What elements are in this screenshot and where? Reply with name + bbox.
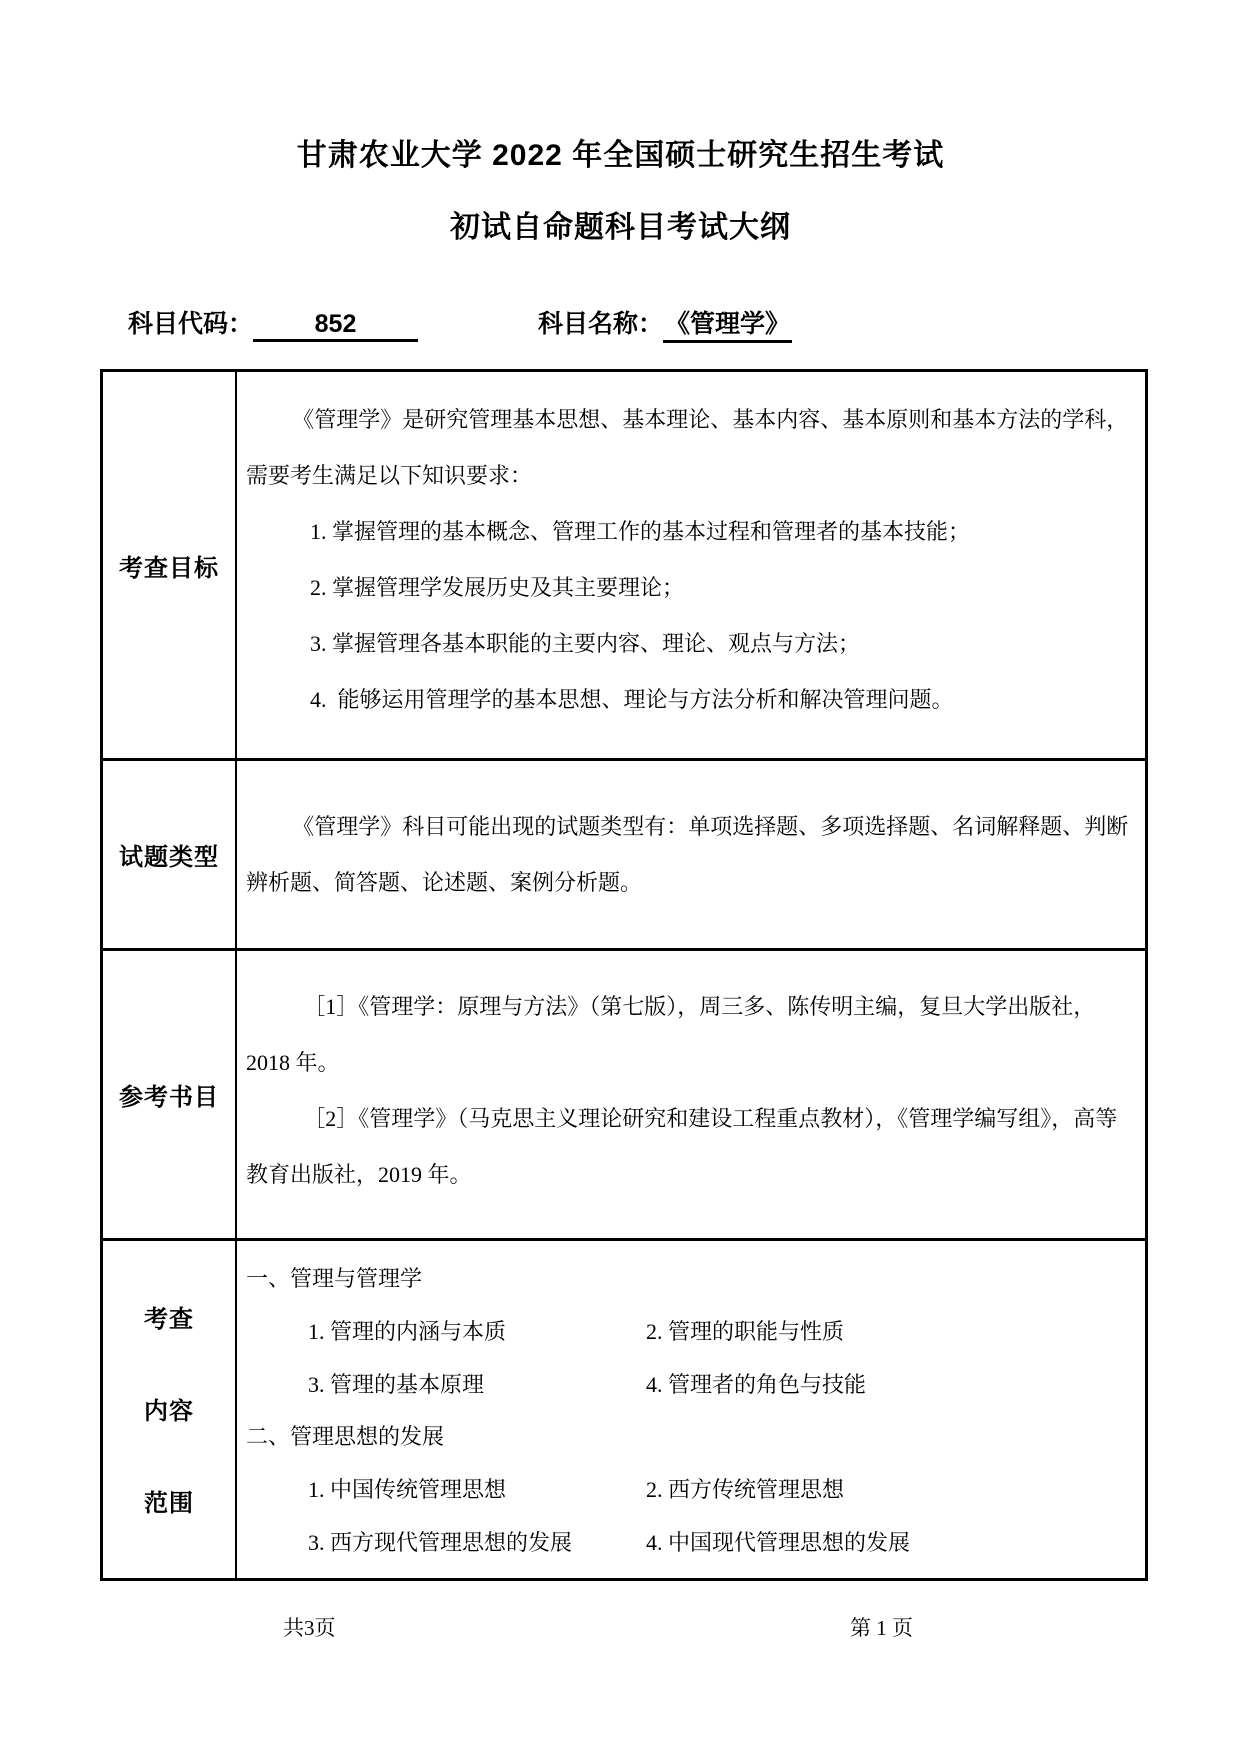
objective-item-3: 3. 掌握管理各基本职能的主要内容、理论、观点与方法；: [246, 616, 1131, 672]
document-page: 甘肃农业大学 2022 年全国硕士研究生招生考试 初试自命题科目考试大纲 科目代…: [0, 0, 1241, 1754]
row-label-exam-scope: 考查 内容 范围: [103, 1241, 237, 1578]
scope-section-1-heading: 一、管理与管理学: [246, 1253, 1131, 1306]
footer-page-number: 第 1 页: [850, 1612, 913, 1642]
scope-section-1-line-2: 3. 管理的基本原理4. 管理者的角色与技能: [246, 1359, 1131, 1412]
reference-book-1: ［1］《管理学：原理与方法》（第七版），周三多、陈传明主编，复旦大学出版社，20…: [246, 979, 1131, 1091]
question-types-content: 《管理学》科目可能出现的试题类型有：单项选择题、多项选择题、名词解释题、判断辨析…: [237, 761, 1145, 948]
exam-objectives-content: 《管理学》是研究管理基本思想、基本理论、基本内容、基本原则和基本方法的学科，需要…: [237, 372, 1145, 758]
subject-code-line: 科目代码：852科目名称：《管理学》: [0, 304, 1241, 343]
row-label-text: 试题类型: [119, 837, 219, 872]
scope-item: 3. 西方现代管理思想的发展: [308, 1517, 646, 1570]
scope-item: 1. 中国传统管理思想: [308, 1464, 646, 1517]
table-row-exam-objectives: 考查目标 《管理学》是研究管理基本思想、基本理论、基本内容、基本原则和基本方法的…: [103, 372, 1145, 758]
table-row-reference-books: 参考书目 ［1］《管理学：原理与方法》（第七版），周三多、陈传明主编，复旦大学出…: [103, 948, 1145, 1238]
subject-name-label: 科目名称：: [538, 310, 663, 338]
row-label-exam-objectives: 考查目标: [103, 372, 237, 758]
exam-scope-content: 一、管理与管理学 1. 管理的内涵与本质2. 管理的职能与性质 3. 管理的基本…: [237, 1241, 1145, 1578]
question-types-text: 《管理学》科目可能出现的试题类型有：单项选择题、多项选择题、名词解释题、判断辨析…: [246, 799, 1131, 911]
subject-code-value: 852: [253, 310, 418, 342]
scope-section-2-line-1: 1. 中国传统管理思想2. 西方传统管理思想: [246, 1464, 1131, 1517]
row-label-text: 参考书目: [119, 1077, 219, 1112]
subject-name-value: 《管理学》: [663, 304, 792, 343]
scope-item: 1. 管理的内涵与本质: [308, 1306, 646, 1359]
scope-item: 2. 管理的职能与性质: [646, 1319, 844, 1344]
table-row-question-types: 试题类型 《管理学》科目可能出现的试题类型有：单项选择题、多项选择题、名词解释题…: [103, 758, 1145, 948]
row-label-line3: 范围: [144, 1483, 194, 1518]
reference-book-2: ［2］《管理学》（马克思主义理论研究和建设工程重点教材），《管理学编写组》，高等…: [246, 1091, 1131, 1203]
scope-item: 2. 西方传统管理思想: [646, 1477, 844, 1502]
scope-section-2-line-2: 3. 西方现代管理思想的发展4. 中国现代管理思想的发展: [246, 1517, 1131, 1570]
row-label-question-types: 试题类型: [103, 761, 237, 948]
document-title-line1: 甘肃农业大学 2022 年全国硕士研究生招生考试: [0, 0, 1241, 174]
row-label-line1: 考查: [144, 1299, 194, 1334]
footer-total-pages: 共3页: [283, 1612, 336, 1642]
scope-item: 4. 管理者的角色与技能: [646, 1372, 866, 1397]
objectives-intro: 《管理学》是研究管理基本思想、基本理论、基本内容、基本原则和基本方法的学科，需要…: [246, 392, 1131, 504]
document-title-line2: 初试自命题科目考试大纲: [0, 202, 1241, 246]
syllabus-table: 考查目标 《管理学》是研究管理基本思想、基本理论、基本内容、基本原则和基本方法的…: [100, 369, 1148, 1581]
objective-item-4: 4. 能够运用管理学的基本思想、理论与方法分析和解决管理问题。: [246, 672, 1131, 728]
row-label-reference-books: 参考书目: [103, 951, 237, 1238]
row-label-text: 考查目标: [119, 548, 219, 583]
objective-item-1: 1. 掌握管理的基本概念、管理工作的基本过程和管理者的基本技能；: [246, 504, 1131, 560]
reference-books-content: ［1］《管理学：原理与方法》（第七版），周三多、陈传明主编，复旦大学出版社，20…: [237, 951, 1145, 1238]
scope-section-2-heading: 二、管理思想的发展: [246, 1411, 1131, 1464]
scope-item: 3. 管理的基本原理: [308, 1359, 646, 1412]
objective-item-2: 2. 掌握管理学发展历史及其主要理论；: [246, 560, 1131, 616]
scope-section-1-line-1: 1. 管理的内涵与本质2. 管理的职能与性质: [246, 1306, 1131, 1359]
table-row-exam-scope: 考查 内容 范围 一、管理与管理学 1. 管理的内涵与本质2. 管理的职能与性质…: [103, 1238, 1145, 1578]
scope-item: 4. 中国现代管理思想的发展: [646, 1530, 910, 1555]
subject-code-label: 科目代码：: [128, 310, 253, 338]
row-label-line2: 内容: [144, 1391, 194, 1426]
